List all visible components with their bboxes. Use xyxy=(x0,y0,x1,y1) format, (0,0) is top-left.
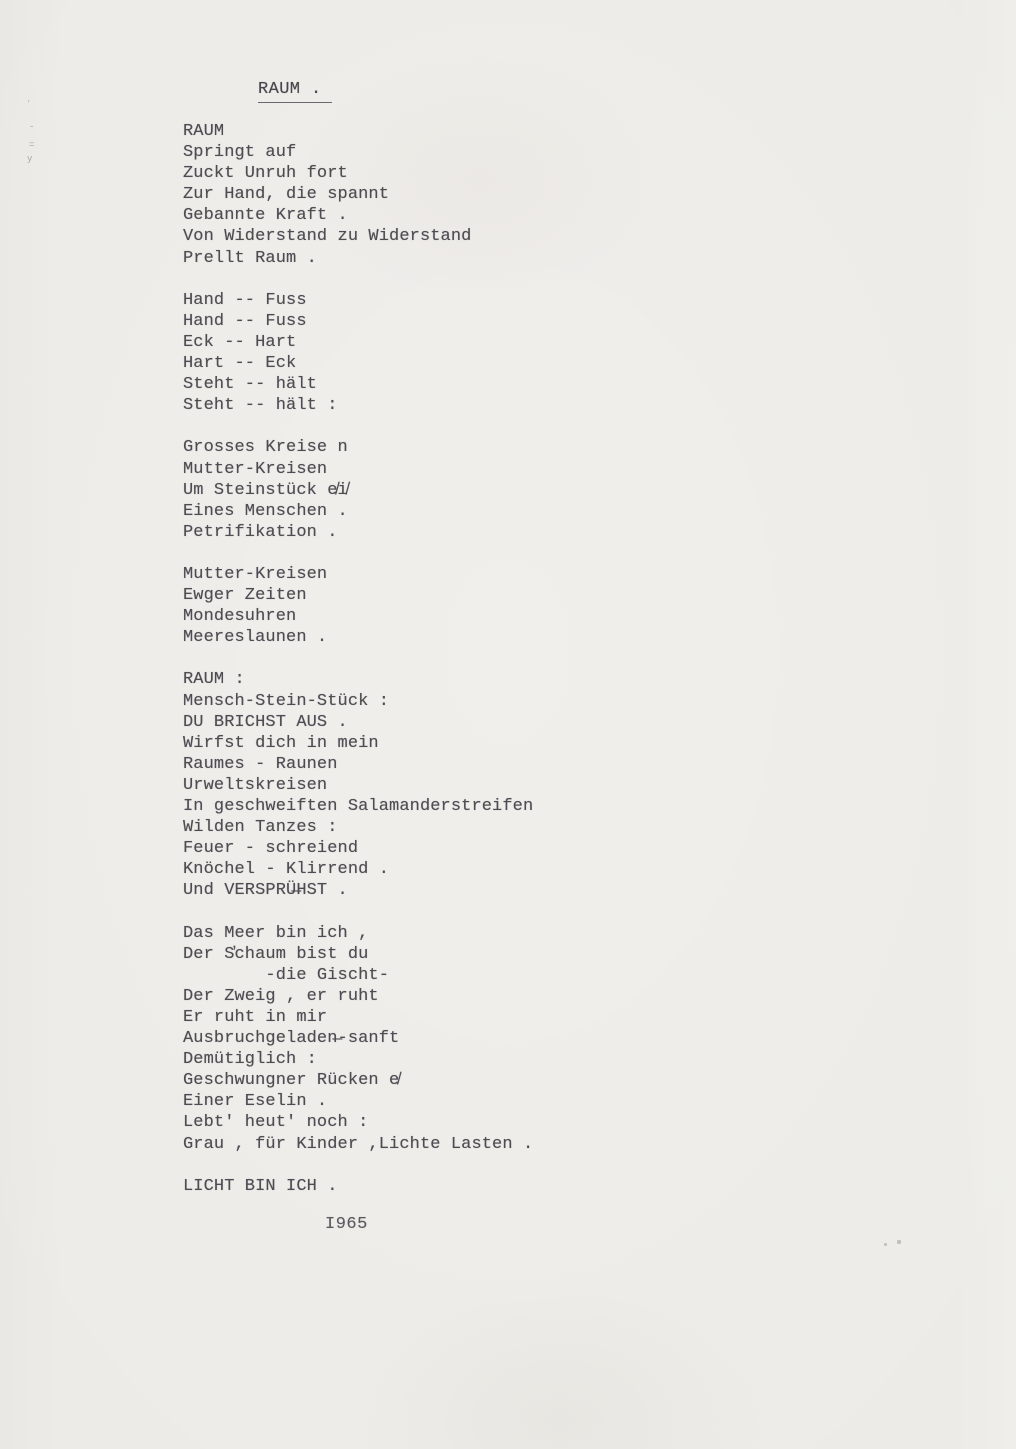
poem-line: Mutter-Kreisen xyxy=(183,564,533,585)
poem-line: Eck -- Hart xyxy=(183,332,533,353)
poem-line: DU BRICHST AUS . xyxy=(183,712,533,733)
stanza-2: Hand -- Fuss Hand -- Fuss Eck -- Hart Ha… xyxy=(183,290,533,417)
stanza-4: Mutter-Kreisen Ewger Zeiten Mondesuhren … xyxy=(183,564,533,648)
poem-body: RAUM Springt auf Zuckt Unruh fort Zur Ha… xyxy=(183,121,533,1218)
poem-line: Gebannte Kraft . xyxy=(183,205,533,226)
poem-line: Zuckt Unruh fort xyxy=(183,163,533,184)
poem-line: Mutter-Kreisen xyxy=(183,459,533,480)
poem-line: Demütiglich : xyxy=(183,1049,533,1070)
poem-line: Von Widerstand zu Widerstand xyxy=(183,226,533,247)
poem-line: Der Zweig , er ruht xyxy=(183,986,533,1007)
poem-line: LICHT BIN ICH . xyxy=(183,1176,533,1197)
poem-line: Geschwungner Rücken e̸ xyxy=(183,1070,533,1091)
stanza-5: RAUM : Mensch-Stein-Stück : DU BRICHST A… xyxy=(183,669,533,901)
poem-title: RAUM . xyxy=(258,80,332,103)
poem-line: Eines Menschen . xyxy=(183,501,533,522)
margin-mark: ʼ xyxy=(26,100,31,110)
poem-line: Ewger Zeiten xyxy=(183,585,533,606)
poem-line: Um Steinstück e̸i̸ xyxy=(183,480,533,501)
poem-line: Knöchel - Klirrend . xyxy=(183,859,533,880)
poem-line: Petrifikation . xyxy=(183,522,533,543)
poem-line: Hand -- Fuss xyxy=(183,311,533,332)
poem-line: -die Gischt- xyxy=(183,965,533,986)
poem-line: Zur Hand, die spannt xyxy=(183,184,533,205)
poem-line: In geschweiften Salamanderstreifen xyxy=(183,796,533,817)
stanza-7: LICHT BIN ICH . xyxy=(183,1176,533,1197)
poem-line: Wilden Tanzes : xyxy=(183,817,533,838)
poem-line: RAUM : xyxy=(183,669,533,690)
poem-line: Grau , für Kinder ,Lichte Lasten . xyxy=(183,1134,533,1155)
paper-speck xyxy=(884,1243,887,1246)
margin-mark: y xyxy=(27,154,32,164)
poem-line: Prellt Raum . xyxy=(183,248,533,269)
poem-line: Der S̓chaum bist du xyxy=(183,944,533,965)
poem-line: Das Meer bin ich , xyxy=(183,923,533,944)
poem-line: Ausbruchgeladen̶-sanft xyxy=(183,1028,533,1049)
poem-line: Steht -- hält xyxy=(183,374,533,395)
poem-line: Wirfst dich in mein xyxy=(183,733,533,754)
margin-mark: - xyxy=(29,122,34,132)
poem-line: Lebt' heut' noch : xyxy=(183,1112,533,1133)
poem-line: Er ruht in mir xyxy=(183,1007,533,1028)
poem-line: Hart -- Eck xyxy=(183,353,533,374)
poem-line: Und VERSPRÜ̶HST . xyxy=(183,880,533,901)
poem-line: Raumes - Raunen xyxy=(183,754,533,775)
poem-line: Einer Eselin . xyxy=(183,1091,533,1112)
margin-mark: = xyxy=(29,140,34,150)
poem-line: Mondesuhren xyxy=(183,606,533,627)
poem-line: Grosses Kreise n xyxy=(183,437,533,458)
poem-line: Feuer - schreiend xyxy=(183,838,533,859)
poem-line: Hand -- Fuss xyxy=(183,290,533,311)
paper-speck xyxy=(897,1240,901,1244)
poem-line: Springt auf xyxy=(183,142,533,163)
poem-line: RAUM xyxy=(183,121,533,142)
year-label: I965 xyxy=(325,1215,368,1234)
stanza-3: Grosses Kreise n Mutter-Kreisen Um Stein… xyxy=(183,437,533,542)
stanza-6: Das Meer bin ich , Der S̓chaum bist du -… xyxy=(183,923,533,1155)
poem-line: Mensch-Stein-Stück : xyxy=(183,691,533,712)
poem-line: Urweltskreisen xyxy=(183,775,533,796)
poem-line: Meereslaunen . xyxy=(183,627,533,648)
poem-line: Steht -- hält : xyxy=(183,395,533,416)
stanza-1: RAUM Springt auf Zuckt Unruh fort Zur Ha… xyxy=(183,121,533,269)
